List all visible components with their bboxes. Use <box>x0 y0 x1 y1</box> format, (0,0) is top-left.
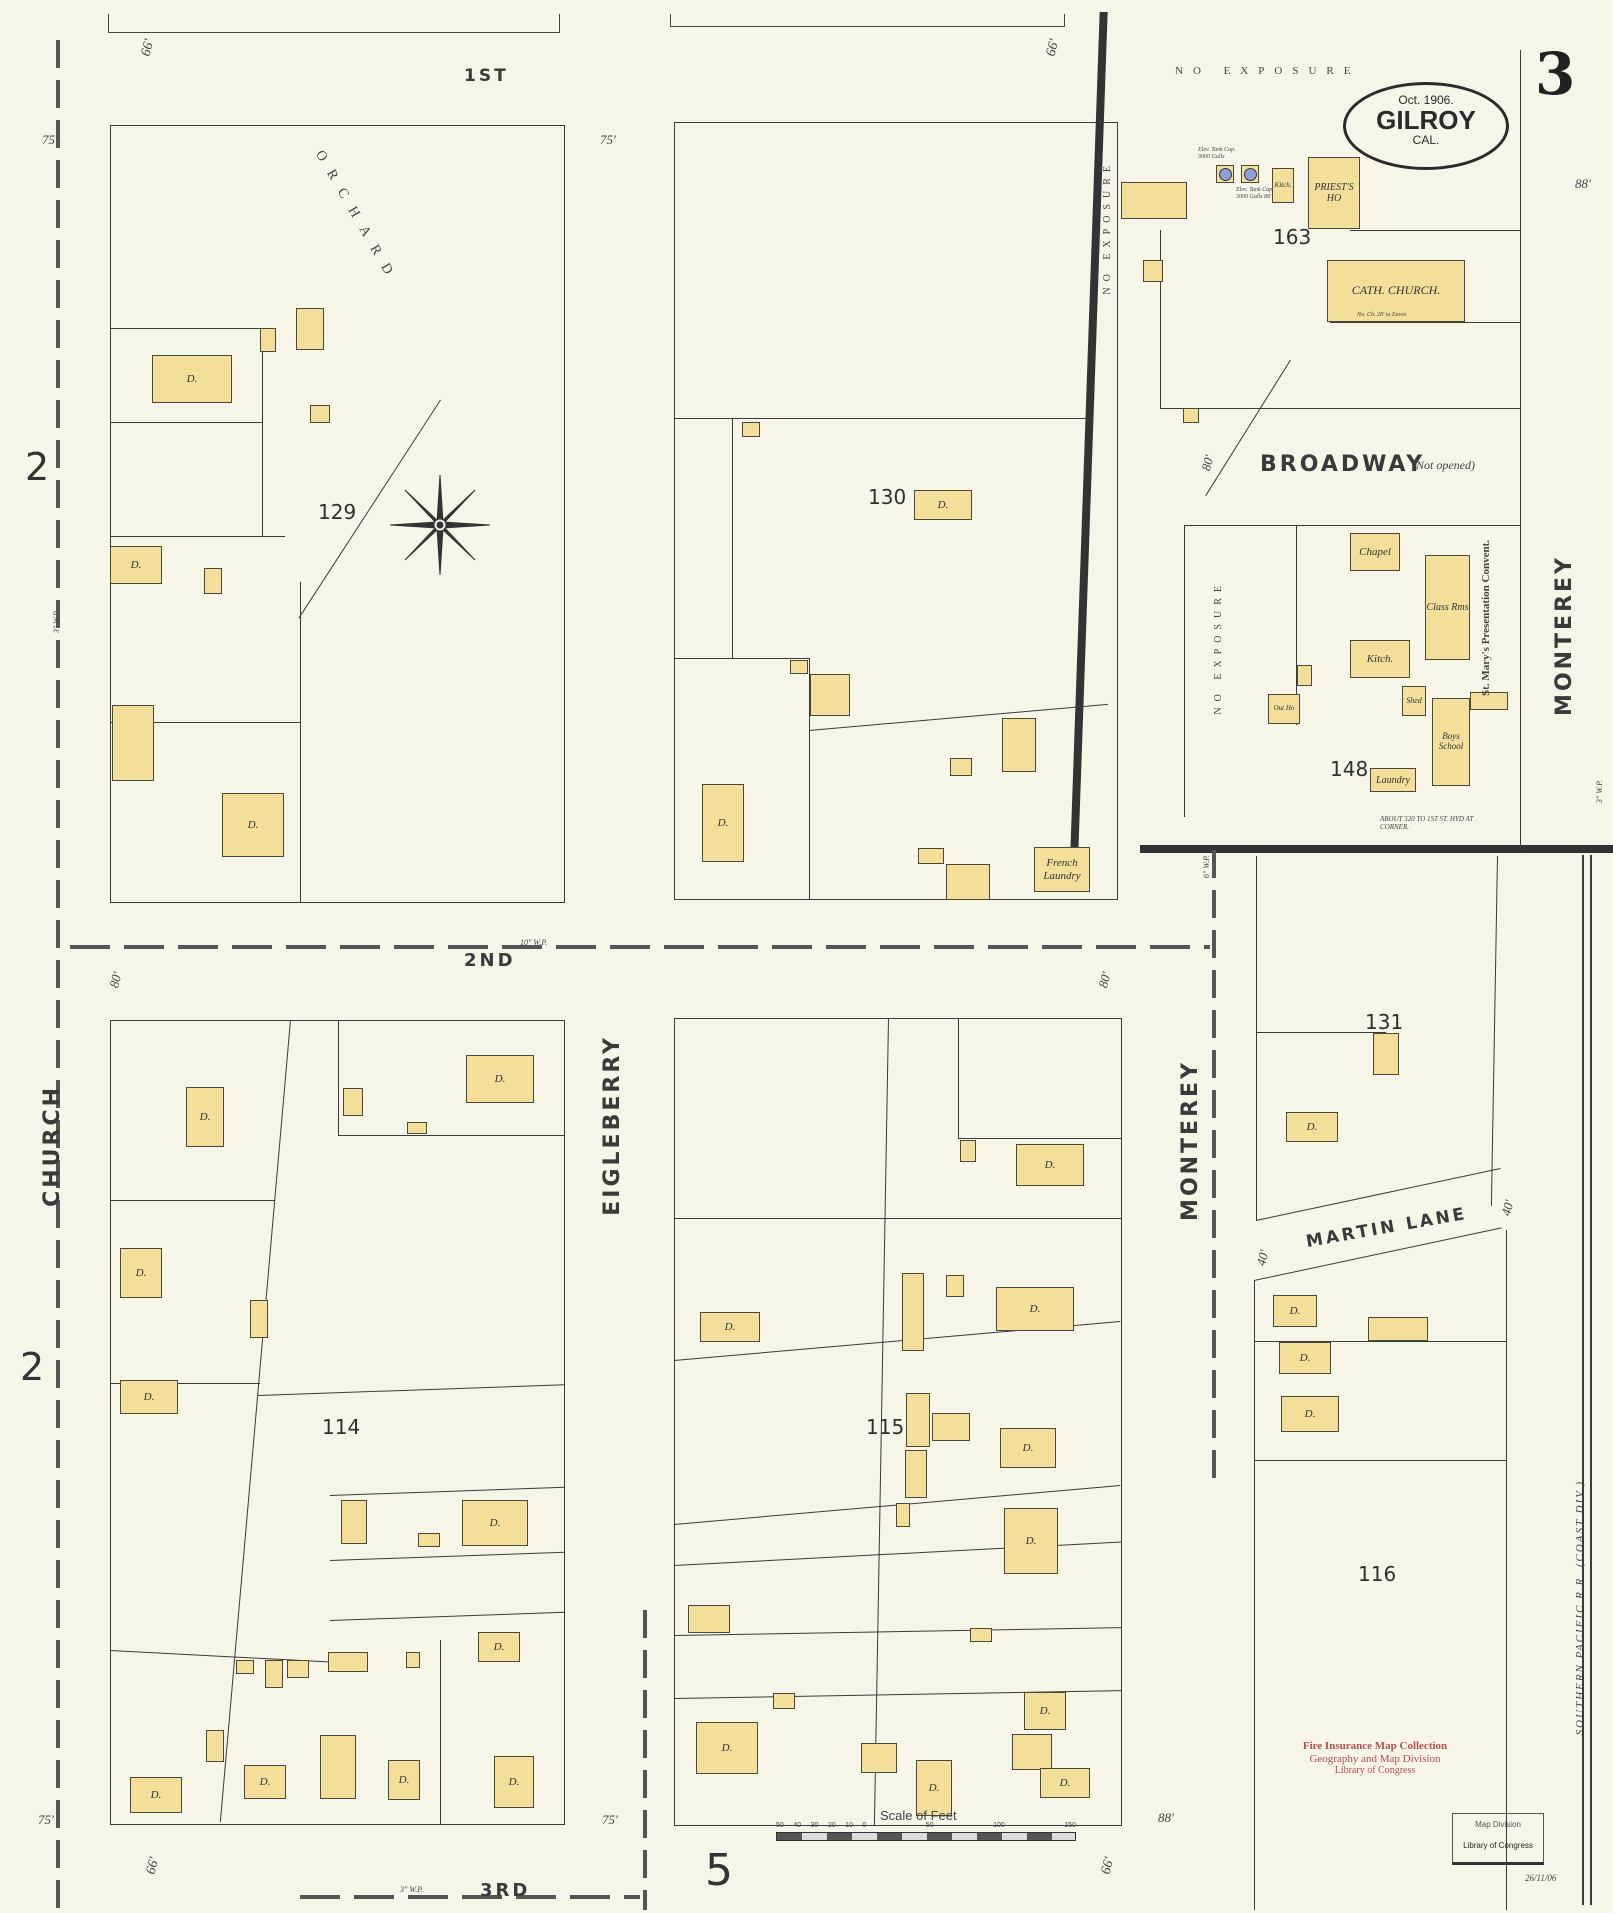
dwelling[interactable]: D. <box>1024 1692 1066 1730</box>
dwelling[interactable]: D. <box>152 355 232 403</box>
scale-tick: 40 <box>793 1822 801 1829</box>
outbuilding[interactable] <box>296 308 324 350</box>
kitchen-163[interactable]: Kitch. <box>1272 168 1294 203</box>
street-width: 80' <box>1198 453 1218 472</box>
church-note: No. Ch. 28' to Eaves <box>1357 312 1406 318</box>
dwelling[interactable]: D. <box>388 1760 420 1800</box>
street-monterey-right: MONTEREY <box>1552 555 1577 716</box>
water-main-2nd <box>70 945 1210 949</box>
street-width: 75' <box>602 1812 618 1828</box>
block-number-129: 129 <box>318 500 356 524</box>
elevated-tank-1[interactable] <box>1216 165 1234 183</box>
outbuilding[interactable] <box>236 1660 254 1674</box>
railroad-line <box>1590 855 1592 1905</box>
outbuilding[interactable] <box>1183 408 1199 423</box>
street-3rd: 3RD <box>480 1880 530 1901</box>
cartouche-state: CAL. <box>1346 133 1506 147</box>
water-main-eigleberry <box>643 1610 647 1910</box>
handwritten-date: 26/11/06 <box>1525 1873 1556 1883</box>
street-width: 66' <box>139 38 159 59</box>
outbuilding[interactable] <box>310 405 330 423</box>
out-house[interactable]: Out Ho <box>1268 694 1300 724</box>
outbuilding[interactable] <box>861 1743 897 1773</box>
no-exposure-top: NO EXPOSURE <box>1175 65 1360 77</box>
dwelling[interactable]: D. <box>914 490 972 520</box>
block-number-116: 116 <box>1358 1562 1396 1586</box>
outbuilding[interactable] <box>896 1503 910 1527</box>
dwelling[interactable]: D. <box>1281 1396 1339 1432</box>
dwelling[interactable]: D. <box>120 1248 162 1298</box>
railroad-label: SOUTHERN PACIFIC R.R. (COAST DIV.) <box>1574 1480 1586 1735</box>
adjacent-sheet-bottom: 5 <box>705 1845 733 1896</box>
tank-icon <box>1219 168 1232 181</box>
dwelling[interactable]: D. <box>1000 1428 1056 1468</box>
outbuilding[interactable] <box>112 705 154 781</box>
no-exposure-side: NO EXPOSURE <box>1102 160 1113 295</box>
adjacent-sheet-left-bottom: 2 <box>20 1345 44 1389</box>
dwelling[interactable] <box>1012 1734 1052 1770</box>
scale-tick: 10 <box>845 1822 853 1829</box>
street-width: 66' <box>144 1856 164 1877</box>
outbuilding[interactable] <box>906 1393 930 1447</box>
scale-tick: 50 <box>776 1822 784 1829</box>
outbuilding[interactable] <box>265 1660 283 1688</box>
block-number-130: 130 <box>868 485 906 509</box>
outbuilding[interactable] <box>970 1628 992 1642</box>
dwelling[interactable]: D. <box>1279 1342 1331 1374</box>
shed[interactable] <box>250 1300 268 1338</box>
dwelling[interactable]: D. <box>462 1500 528 1546</box>
water-main-3rd <box>300 1895 640 1899</box>
scale-tick: 150 <box>1064 1822 1076 1829</box>
outbuilding[interactable] <box>328 1652 368 1672</box>
dwelling[interactable] <box>688 1605 730 1633</box>
dwelling[interactable]: D. <box>996 1287 1074 1331</box>
outbuilding[interactable] <box>1297 665 1312 686</box>
dwelling[interactable]: D. <box>186 1087 224 1147</box>
scale-tick: 50 <box>926 1822 934 1829</box>
dwelling[interactable]: D. <box>702 784 744 862</box>
outbuilding[interactable] <box>407 1122 427 1134</box>
outbuilding[interactable] <box>260 328 276 352</box>
stamp-line: Fire Insurance Map Collection <box>1290 1740 1460 1753</box>
street-church: CHURCH <box>40 1085 65 1207</box>
water-main-note: 3" W.P. <box>400 1885 423 1894</box>
water-main-note: 3" W.P. <box>1595 780 1604 803</box>
priests-house[interactable]: PRIEST'S HO <box>1308 157 1360 229</box>
kitchen-148[interactable]: Kitch. <box>1350 640 1410 678</box>
dwelling[interactable]: D. <box>1273 1295 1317 1327</box>
outbuilding[interactable] <box>406 1652 420 1668</box>
dwelling[interactable] <box>320 1735 356 1799</box>
shed-148[interactable]: Shed <box>1402 686 1426 716</box>
dwelling[interactable]: D. <box>696 1722 758 1774</box>
convent-label: St. Mary's Presentation Convent. <box>1480 540 1508 696</box>
scale-tick: 0 <box>862 1822 866 1829</box>
tank-icon <box>1244 168 1257 181</box>
street-width: 66' <box>1044 38 1064 59</box>
laundry-148[interactable]: Laundry <box>1370 768 1416 792</box>
street-2nd: 2ND <box>464 950 516 971</box>
dwelling[interactable]: D. <box>244 1765 286 1799</box>
dwelling[interactable]: D. <box>494 1756 534 1808</box>
outbuilding[interactable] <box>204 568 222 594</box>
street-width: 75' <box>38 1812 54 1828</box>
dwelling[interactable]: D. <box>120 1380 178 1414</box>
hydrant-note: ABOUT 320 TO 1ST ST. HYD AT CORNER. <box>1380 815 1480 831</box>
stamp-line: Library of Congress <box>1453 1841 1543 1850</box>
dwelling[interactable]: D. <box>700 1312 760 1342</box>
chapel[interactable]: Chapel <box>1350 533 1400 571</box>
outbuilding[interactable] <box>960 1140 976 1162</box>
scale-tick: 20 <box>828 1822 836 1829</box>
water-main-note: 3" W.P. <box>52 610 61 633</box>
block-number-148: 148 <box>1330 757 1368 781</box>
block-number-163: 163 <box>1273 225 1311 249</box>
water-main-note: 6" W.P. <box>1202 855 1211 878</box>
adjoining-block-bracket <box>670 14 1065 27</box>
street-width: 80' <box>106 970 126 989</box>
street-width: 40' <box>1498 1198 1518 1217</box>
dwelling[interactable]: D. <box>478 1632 520 1662</box>
outbuilding[interactable] <box>790 660 808 674</box>
outbuilding[interactable] <box>287 1660 309 1678</box>
adjacent-sheet-left-top: 2 <box>25 445 49 489</box>
elevated-tank-note: Elev. Tank Cap. 3000 Galls <box>1198 147 1248 161</box>
outbuilding[interactable] <box>946 1275 964 1297</box>
dwelling[interactable]: D. <box>466 1055 534 1103</box>
scale-label: Scale of Feet <box>880 1808 957 1823</box>
water-main-church <box>56 40 60 1910</box>
broadway-note: (Not opened) <box>1412 458 1475 473</box>
outbuilding[interactable] <box>1143 260 1163 282</box>
street-martin-lane: MARTIN LANE <box>1305 1204 1469 1252</box>
out-house[interactable] <box>932 1413 970 1441</box>
outbuilding[interactable] <box>902 1273 924 1351</box>
dwelling[interactable]: D. <box>130 1777 182 1813</box>
street-width: 75' <box>600 132 616 148</box>
scale-bar: 50 40 30 20 10 0 50 100 150 <box>776 1822 1076 1841</box>
street-width: 66' <box>1099 1856 1119 1877</box>
outbuilding[interactable] <box>206 1730 224 1762</box>
dwelling[interactable]: D. <box>1040 1768 1090 1798</box>
title-cartouche: Oct. 1906. GILROY CAL. <box>1343 82 1509 170</box>
block-edge <box>1520 50 1521 850</box>
outbuilding[interactable] <box>773 1693 795 1709</box>
stamp-line: Geography and Map Division <box>1290 1753 1460 1766</box>
sheet-number: 3 <box>1535 40 1575 108</box>
outbuilding[interactable] <box>1373 1033 1399 1075</box>
street-width: 80' <box>1095 970 1115 989</box>
no-exposure-148: NO EXPOSURE <box>1213 580 1224 715</box>
water-main-monterey <box>1212 850 1216 1490</box>
boundary-line <box>1140 845 1613 853</box>
outbuilding[interactable] <box>810 674 850 716</box>
street-1st: 1ST <box>464 66 509 86</box>
block-number-114: 114 <box>322 1415 360 1439</box>
street-broadway: BROADWAY <box>1260 452 1425 477</box>
street-width: 88' <box>1158 1810 1174 1826</box>
class-rooms[interactable]: Class Rms <box>1425 555 1470 660</box>
dwelling[interactable]: D. <box>1004 1508 1058 1574</box>
street-width: 75' <box>42 132 58 148</box>
outbuilding[interactable] <box>742 422 760 437</box>
street-monterey-mid: MONTEREY <box>1178 1060 1203 1221</box>
dwelling[interactable]: D. <box>110 546 162 584</box>
street-eigleberry: EIGLEBERRY <box>600 1035 625 1216</box>
water-main-note: 10" W.P. <box>520 938 547 947</box>
dwelling[interactable]: D. <box>1286 1112 1338 1142</box>
french-laundry[interactable]: French Laundry <box>1034 847 1090 892</box>
adjoining-block-bracket <box>108 14 560 33</box>
outbuilding[interactable] <box>950 758 972 776</box>
shed[interactable] <box>343 1088 363 1116</box>
railroad-line <box>1582 855 1584 1905</box>
collection-stamp: Fire Insurance Map Collection Geography … <box>1290 1740 1460 1777</box>
outbuilding[interactable] <box>1121 182 1187 219</box>
scale-tick: 30 <box>811 1822 819 1829</box>
boys-school[interactable]: Boys School <box>1432 698 1470 786</box>
dwelling[interactable]: D. <box>222 793 284 857</box>
outbuilding[interactable] <box>918 848 944 864</box>
scale-tick: 100 <box>993 1822 1005 1829</box>
outbuilding[interactable] <box>905 1450 927 1498</box>
block-number-131: 131 <box>1365 1010 1403 1034</box>
outbuilding[interactable] <box>418 1533 440 1547</box>
street-width: 88' <box>1575 176 1591 192</box>
elevated-tank-note: Elev. Tank Cap. 3000 Galls 88' <box>1236 187 1276 201</box>
compass-rose-icon <box>385 470 495 580</box>
stamp-line: Map Division <box>1453 1820 1543 1829</box>
street-width: 40' <box>1253 1248 1273 1267</box>
cartouche-city: GILROY <box>1346 107 1506 133</box>
map-division-stamp: Map Division Library of Congress <box>1452 1813 1544 1865</box>
block-number-115: 115 <box>866 1415 904 1439</box>
stamp-line: Library of Congress <box>1290 1765 1460 1777</box>
outbuilding[interactable] <box>1368 1317 1428 1341</box>
outbuilding[interactable] <box>341 1500 367 1544</box>
dwelling[interactable] <box>1002 718 1036 772</box>
outbuilding[interactable] <box>946 864 990 900</box>
dwelling[interactable]: D. <box>1016 1144 1084 1186</box>
elevated-tank-2[interactable] <box>1241 165 1259 183</box>
